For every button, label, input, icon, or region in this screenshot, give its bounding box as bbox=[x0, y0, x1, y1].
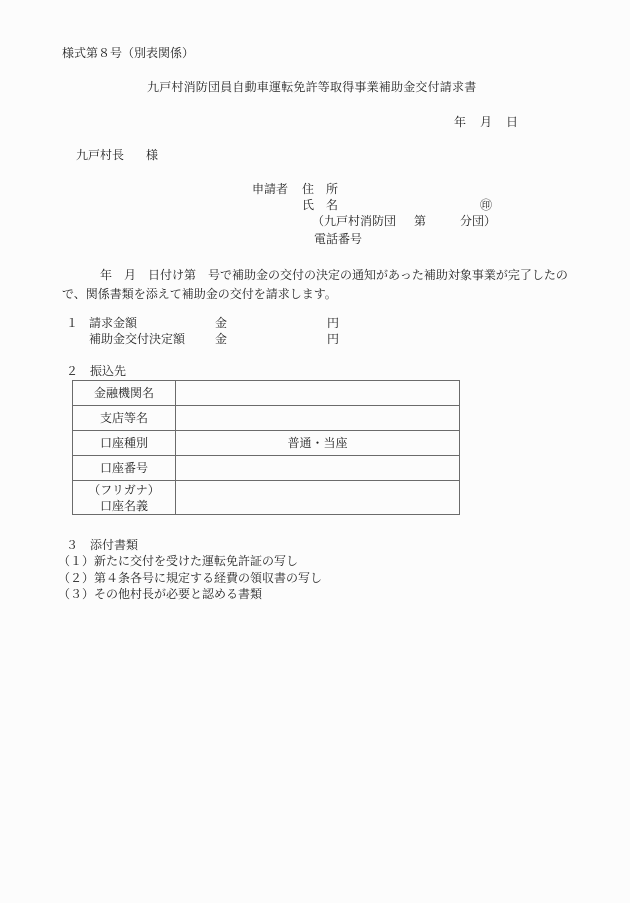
address-label: 住 所 bbox=[302, 183, 338, 195]
furigana-label: （フリガナ） bbox=[88, 483, 159, 497]
attachment-item: （１）新たに交付を受けた運転免許証の写し bbox=[58, 555, 298, 567]
brigade-dai: 第 bbox=[414, 214, 426, 228]
year-label: 年 bbox=[454, 115, 466, 129]
brigade-close: 分団） bbox=[460, 214, 496, 228]
account-holder-field[interactable] bbox=[176, 481, 460, 515]
account-holder-label: （フリガナ）口座名義 bbox=[73, 481, 176, 515]
claim-amount-label: 請求金額 bbox=[89, 317, 137, 329]
table-row: 金融機関名 bbox=[73, 381, 460, 406]
decided-amount-prefix: 金 bbox=[215, 333, 227, 345]
table-row: 支店等名 bbox=[73, 406, 460, 431]
section3-heading: ３ 添付書類 bbox=[66, 539, 138, 551]
seal-mark-icon: ㊞ bbox=[480, 199, 492, 211]
decided-amount-label: 補助金交付決定額 bbox=[89, 333, 185, 345]
account-type-field[interactable]: 普通・当座 bbox=[176, 431, 460, 456]
addressee: 九戸村長様 bbox=[76, 149, 158, 161]
claim-amount-prefix: 金 bbox=[215, 317, 227, 329]
account-type-label: 口座種別 bbox=[73, 431, 176, 456]
claim-amount-suffix: 円 bbox=[327, 317, 339, 329]
document-title: 九戸村消防団員自動車運転免許等取得事業補助金交付請求書 bbox=[147, 81, 476, 93]
addressee-honorific: 様 bbox=[146, 148, 158, 162]
branch-name-field[interactable] bbox=[176, 406, 460, 431]
bank-name-label: 金融機関名 bbox=[73, 381, 176, 406]
account-number-field[interactable] bbox=[176, 456, 460, 481]
section1-number: １ bbox=[66, 317, 78, 329]
table-row: 口座種別 普通・当座 bbox=[73, 431, 460, 456]
form-number: 様式第８号（別表関係） bbox=[62, 47, 194, 59]
decided-amount-suffix: 円 bbox=[327, 333, 339, 345]
month-label: 月 bbox=[480, 115, 492, 129]
bank-transfer-table: 金融機関名 支店等名 口座種別 普通・当座 口座番号 （フリガナ）口座名義 bbox=[72, 380, 460, 515]
request-paragraph-text: 年 月 日付け第 号で補助金の交付の決定の通知があった補助対象事業が完了したので… bbox=[62, 268, 568, 301]
name-label: 氏 名 bbox=[302, 199, 338, 211]
bank-name-field[interactable] bbox=[176, 381, 460, 406]
brigade-open: （九戸村消防団 bbox=[312, 214, 396, 228]
table-row: 口座番号 bbox=[73, 456, 460, 481]
request-paragraph: 年 月 日付け第 号で補助金の交付の決定の通知があった補助対象事業が完了したので… bbox=[62, 266, 582, 304]
applicant-label: 申請者 bbox=[252, 183, 288, 195]
attachment-item: （２）第４条各号に規定する経費の領収書の写し bbox=[58, 572, 322, 584]
account-number-label: 口座番号 bbox=[73, 456, 176, 481]
brigade-line: （九戸村消防団第分団） bbox=[312, 215, 496, 227]
attachment-item: （３）その他村長が必要と認める書類 bbox=[58, 588, 262, 600]
addressee-name: 九戸村長 bbox=[76, 148, 124, 162]
date-line: 年月日 bbox=[454, 116, 518, 128]
phone-label: 電話番号 bbox=[314, 233, 362, 245]
table-row: （フリガナ）口座名義 bbox=[73, 481, 460, 515]
account-holder-name-label: 口座名義 bbox=[100, 499, 148, 513]
section2-heading: ２ 振込先 bbox=[66, 365, 126, 377]
branch-name-label: 支店等名 bbox=[73, 406, 176, 431]
day-label: 日 bbox=[506, 115, 518, 129]
